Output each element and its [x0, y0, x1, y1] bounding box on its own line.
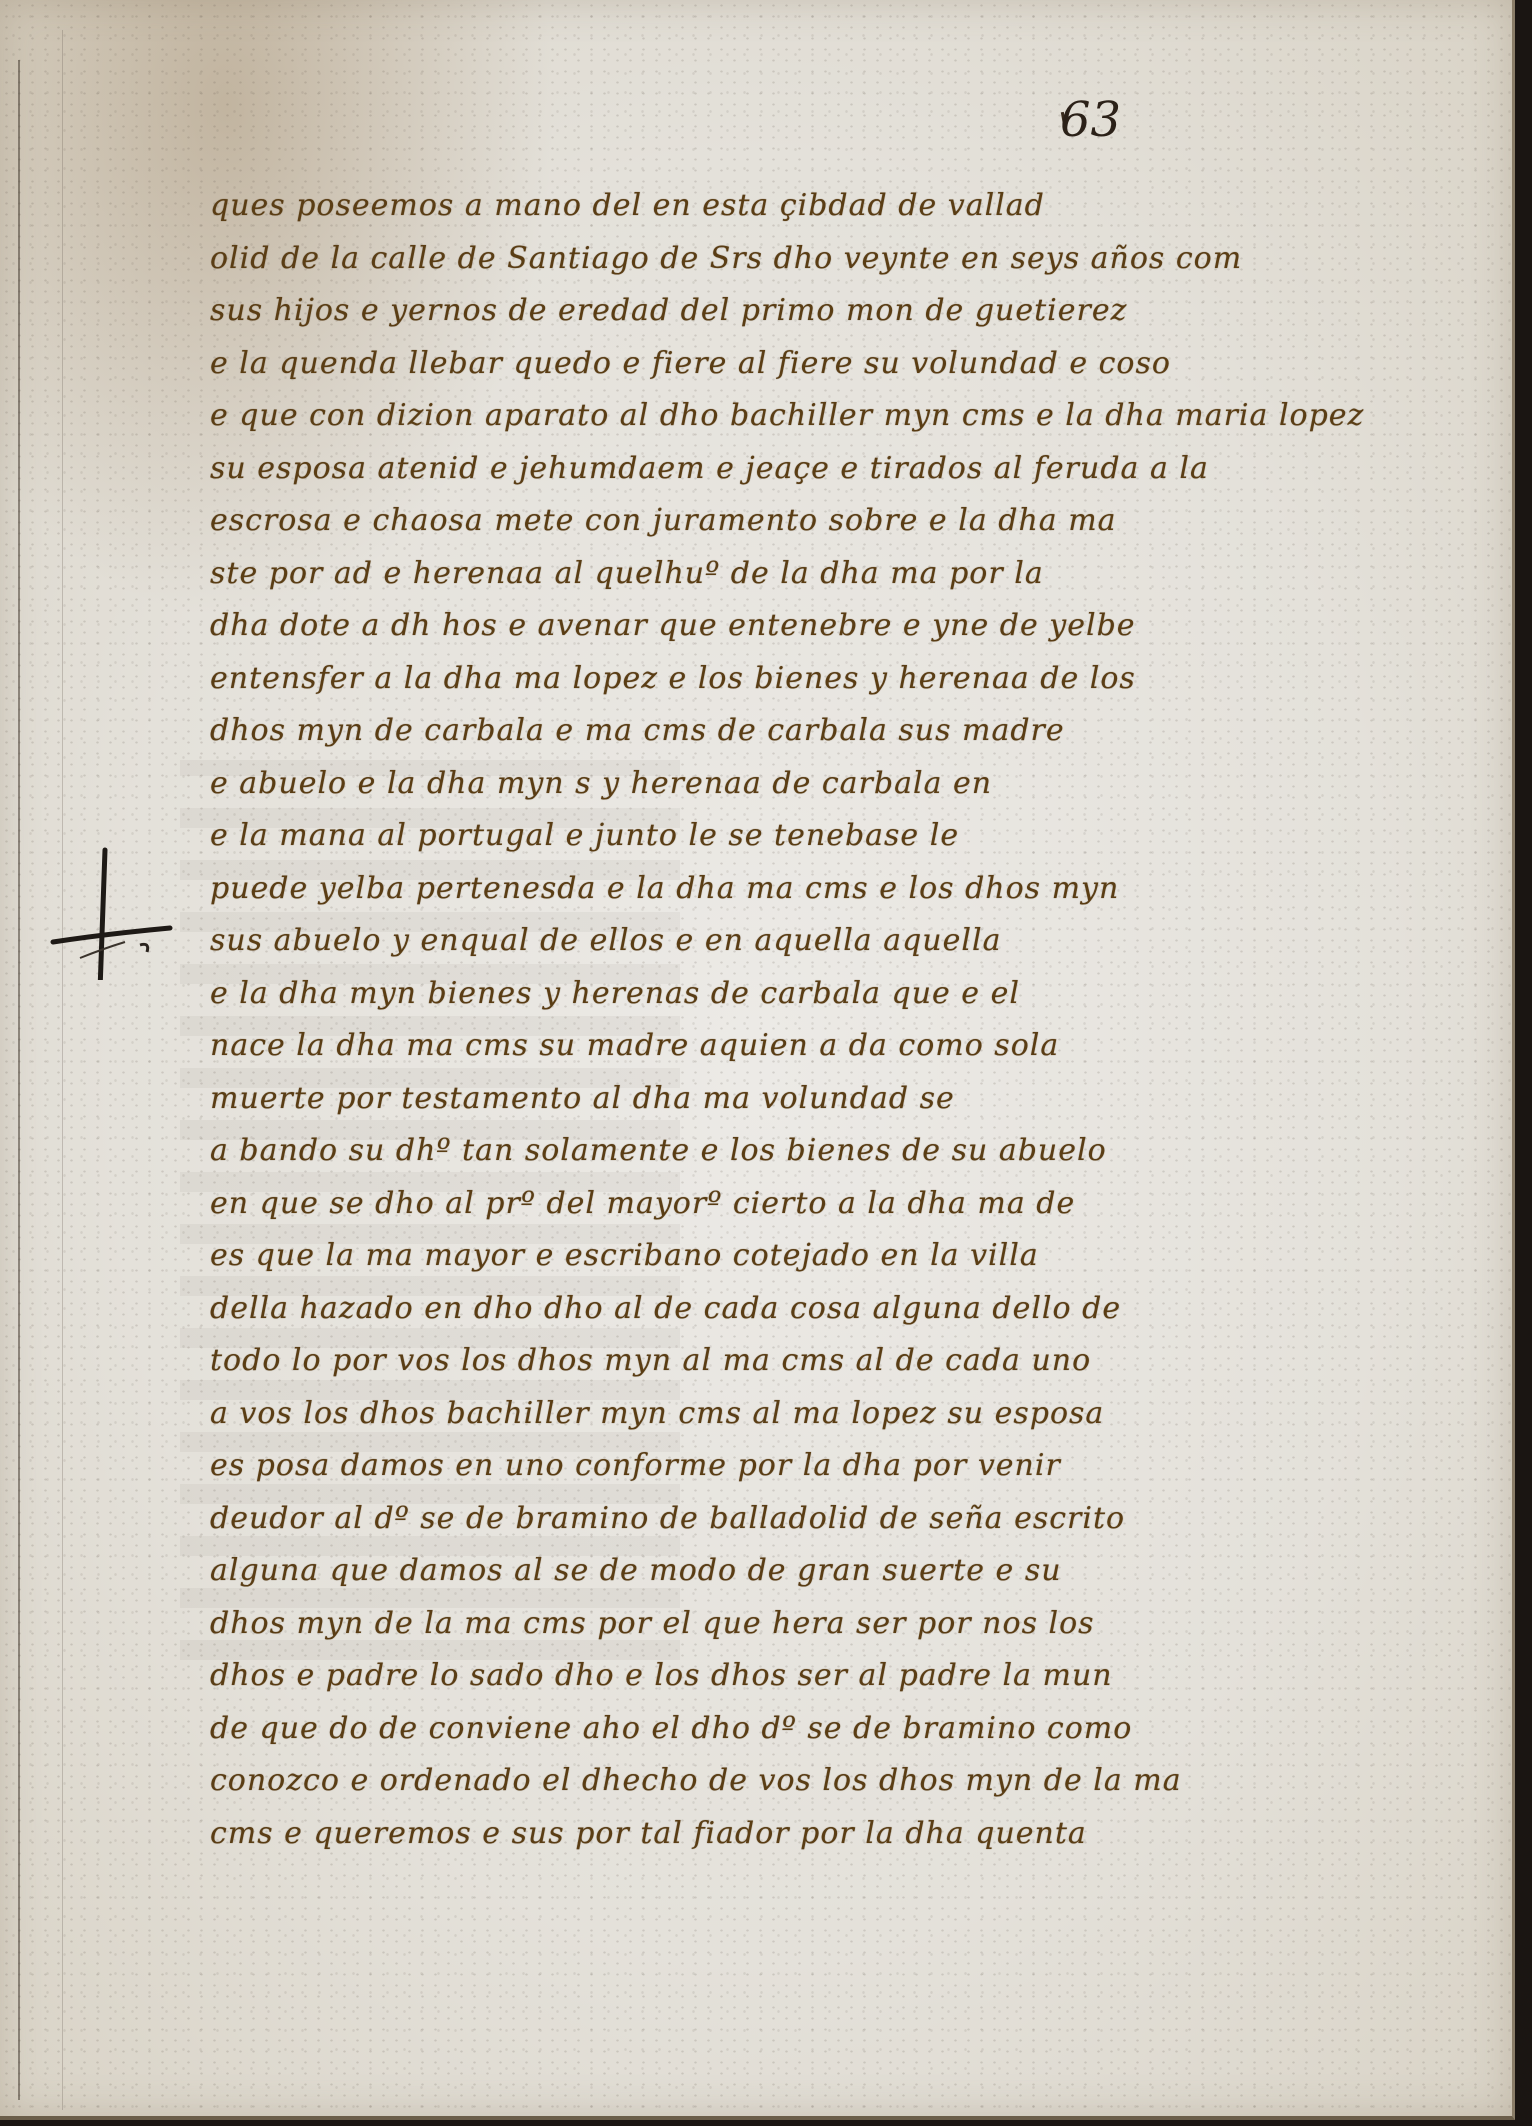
- text-line: a bando su dhº tan solamente e los biene…: [210, 1125, 1470, 1178]
- text-line: dha dote a dh hos e avenar que entenebre…: [210, 600, 1470, 653]
- margin-cross-icon: [45, 830, 175, 980]
- text-line: su esposa atenid e jehumdaem e jeaçe e t…: [210, 443, 1470, 496]
- folio-number: 63: [1060, 92, 1121, 148]
- text-line: dhos myn de la ma cms por el que hera se…: [210, 1598, 1470, 1651]
- text-line: nace la dha ma cms su madre aquien a da …: [210, 1020, 1470, 1073]
- text-line: deudor al dº se de bramino de balladolid…: [210, 1493, 1470, 1546]
- binding-edge: [18, 60, 20, 2100]
- text-line: e que con dizion aparato al dho bachille…: [210, 390, 1470, 443]
- text-line: a vos los dhos bachiller myn cms al ma l…: [210, 1388, 1470, 1441]
- text-line: della hazado en dho dho al de cada cosa …: [210, 1283, 1470, 1336]
- text-line: e abuelo e la dha myn s y herenaa de car…: [210, 758, 1470, 811]
- page-fold-line: [62, 30, 63, 2110]
- text-line: olid de la calle de Santiago de Srs dho …: [210, 233, 1470, 286]
- text-line: ste por ad e herenaa al quelhuº de la dh…: [210, 548, 1470, 601]
- text-line: e la dha myn bienes y herenas de carbala…: [210, 968, 1470, 1021]
- text-line: dhos e padre lo sado dho e los dhos ser …: [210, 1650, 1470, 1703]
- text-line: es posa damos en uno conforme por la dha…: [210, 1440, 1470, 1493]
- text-line: escrosa e chaosa mete con juramento sobr…: [210, 495, 1470, 548]
- handwritten-text-block: ques poseemos a mano del en esta çibdad …: [210, 180, 1470, 1860]
- text-line: e la quenda llebar quedo e fiere al fier…: [210, 338, 1470, 391]
- text-line: ques poseemos a mano del en esta çibdad …: [210, 180, 1470, 233]
- text-line: puede yelba pertenesda e la dha ma cms e…: [210, 863, 1470, 916]
- text-line: muerte por testamento al dha ma volundad…: [210, 1073, 1470, 1126]
- text-line: dhos myn de carbala e ma cms de carbala …: [210, 705, 1470, 758]
- text-line: de que do de conviene aho el dho dº se d…: [210, 1703, 1470, 1756]
- text-line: en que se dho al prº del mayorº cierto a…: [210, 1178, 1470, 1231]
- text-line: sus abuelo y enqual de ellos e en aquell…: [210, 915, 1470, 968]
- text-line: entensfer a la dha ma lopez e los bienes…: [210, 653, 1470, 706]
- manuscript-page: 63 ques poseemos a mano del en esta çibd…: [0, 0, 1515, 2120]
- text-line: cms e queremos e sus por tal fiador por …: [210, 1808, 1470, 1861]
- text-line: alguna que damos al se de modo de gran s…: [210, 1545, 1470, 1598]
- text-line: conozco e ordenado el dhecho de vos los …: [210, 1755, 1470, 1808]
- text-line: es que la ma mayor e escribano cotejado …: [210, 1230, 1470, 1283]
- text-line: sus hijos e yernos de eredad del primo m…: [210, 285, 1470, 338]
- text-line: e la mana al portugal e junto le se tene…: [210, 810, 1470, 863]
- text-line: todo lo por vos los dhos myn al ma cms a…: [210, 1335, 1470, 1388]
